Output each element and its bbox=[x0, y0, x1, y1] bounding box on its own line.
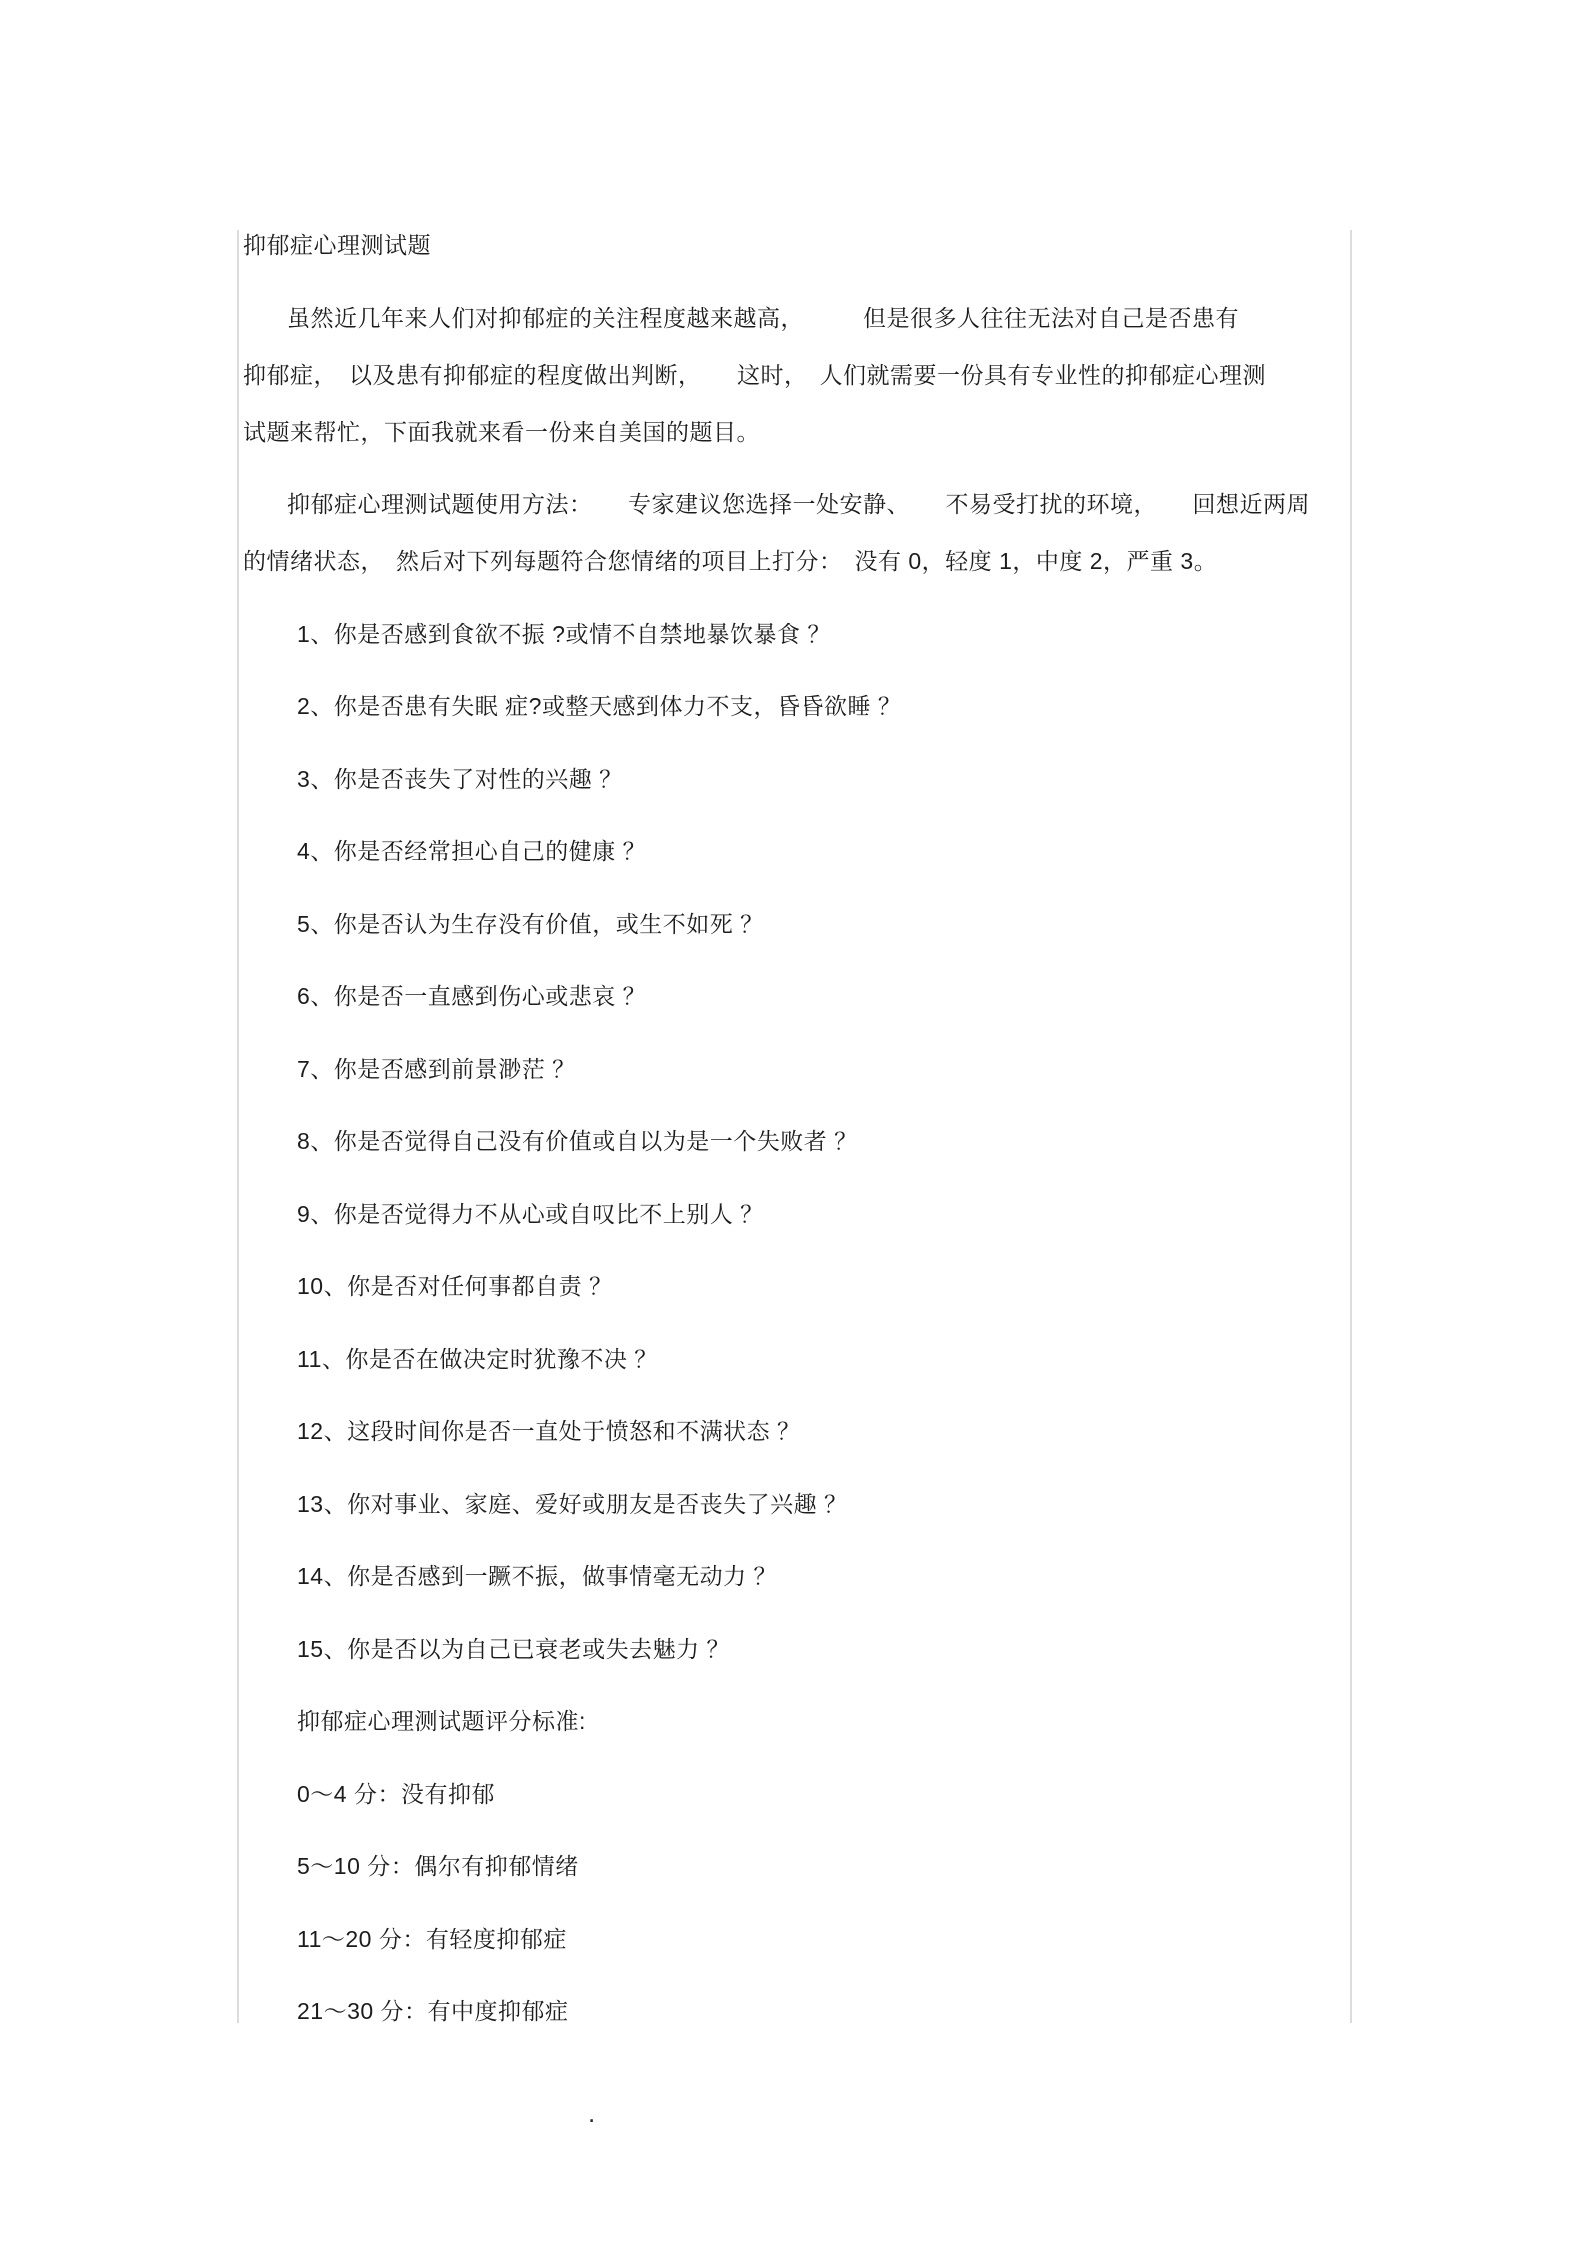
paragraph-line: 的情绪状态， 然后对下列每题符合您情绪的项目上打分： 没有 0，轻度 1，中度 … bbox=[243, 533, 1353, 590]
scoring-heading: 抑郁症心理测试题评分标准: bbox=[243, 1693, 1353, 1750]
question-text: 10、你是否对任何事都自责 ？ bbox=[243, 1258, 1353, 1315]
page-title: 抑郁症心理测试题 bbox=[243, 217, 1353, 274]
question-text: 7、你是否感到前景渺茫 ？ bbox=[243, 1041, 1353, 1098]
question-list: 1、你是否感到食欲不振 ?或情不自禁地暴饮暴食 ？ 2、你是否患有失眠 症?或整… bbox=[243, 606, 1353, 1678]
question-text: 5、你是否认为生存没有价值，或生不如死 ？ bbox=[243, 896, 1353, 953]
scoring-row: 5～10 分：偶尔有抑郁情绪 bbox=[243, 1838, 1353, 1895]
question-text: 11、你是否在做决定时犹豫不决 ？ bbox=[243, 1331, 1353, 1388]
question-text: 12、这段时间你是否一直处于愤怒和不满状态 ？ bbox=[243, 1403, 1353, 1460]
scoring-row: 0～4 分：没有抑郁 bbox=[243, 1766, 1353, 1823]
paragraph-line: 抑郁症心理测试题使用方法： 专家建议您选择一处安静、 不易受打扰的环境， 回想近… bbox=[243, 476, 1353, 533]
question-text: 2、你是否患有失眠 症?或整天感到体力不支，昏昏欲睡 ？ bbox=[243, 678, 1353, 735]
question-item: 6、你是否一直感到伤心或悲哀 ？ bbox=[243, 968, 1353, 1025]
question-text: 14、你是否感到一蹶不振，做事情毫无动力 ？ bbox=[243, 1548, 1353, 1605]
paragraph-line: 抑郁症， 以及患有抑郁症的程度做出判断， 这时， 人们就需要一份具有专业性的抑郁… bbox=[243, 347, 1353, 404]
scoring-row-text: 5～10 分：偶尔有抑郁情绪 bbox=[243, 1838, 1353, 1895]
question-item: 3、你是否丧失了对性的兴趣 ？ bbox=[243, 751, 1353, 808]
intro-paragraph: 虽然近几年来人们对抑郁症的关注程度越来越高， 但是很多人往往无法对自己是否患有 … bbox=[243, 290, 1353, 461]
question-item: 13、你对事业、家庭、爱好或朋友是否丧失了兴趣 ？ bbox=[243, 1476, 1353, 1533]
document-content: 抑郁症心理测试题 虽然近几年来人们对抑郁症的关注程度越来越高， 但是很多人往往无… bbox=[243, 217, 1353, 2056]
text-frame-left-border bbox=[237, 230, 239, 2023]
scoring-row-text: 0～4 分：没有抑郁 bbox=[243, 1766, 1353, 1823]
question-item: 14、你是否感到一蹶不振，做事情毫无动力 ？ bbox=[243, 1548, 1353, 1605]
question-item: 11、你是否在做决定时犹豫不决 ？ bbox=[243, 1331, 1353, 1388]
question-text: 9、你是否觉得力不从心或自叹比不上别人 ？ bbox=[243, 1186, 1353, 1243]
scoring-row: 21～30 分：有中度抑郁症 bbox=[243, 1983, 1353, 2040]
question-text: 6、你是否一直感到伤心或悲哀 ？ bbox=[243, 968, 1353, 1025]
scoring-row-text: 11～20 分：有轻度抑郁症 bbox=[243, 1911, 1353, 1968]
question-text: 4、你是否经常担心自己的健康 ？ bbox=[243, 823, 1353, 880]
question-text: 15、你是否以为自己已衰老或失去魅力 ？ bbox=[243, 1621, 1353, 1678]
question-text: 8、你是否觉得自己没有价值或自以为是一个失败者 ？ bbox=[243, 1113, 1353, 1170]
question-item: 2、你是否患有失眠 症?或整天感到体力不支，昏昏欲睡 ？ bbox=[243, 678, 1353, 735]
question-text: 13、你对事业、家庭、爱好或朋友是否丧失了兴趣 ？ bbox=[243, 1476, 1353, 1533]
paragraph-line: 虽然近几年来人们对抑郁症的关注程度越来越高， 但是很多人往往无法对自己是否患有 bbox=[243, 290, 1353, 347]
scoring-row-text: 21～30 分：有中度抑郁症 bbox=[243, 1983, 1353, 2040]
question-item: 9、你是否觉得力不从心或自叹比不上别人 ？ bbox=[243, 1186, 1353, 1243]
scoring-row: 11～20 分：有轻度抑郁症 bbox=[243, 1911, 1353, 1968]
question-text: 3、你是否丧失了对性的兴趣 ？ bbox=[243, 751, 1353, 808]
question-item: 5、你是否认为生存没有价值，或生不如死 ？ bbox=[243, 896, 1353, 953]
instructions-paragraph: 抑郁症心理测试题使用方法： 专家建议您选择一处安静、 不易受打扰的环境， 回想近… bbox=[243, 476, 1353, 590]
question-item: 8、你是否觉得自己没有价值或自以为是一个失败者 ？ bbox=[243, 1113, 1353, 1170]
question-item: 12、这段时间你是否一直处于愤怒和不满状态 ？ bbox=[243, 1403, 1353, 1460]
question-item: 10、你是否对任何事都自责 ？ bbox=[243, 1258, 1353, 1315]
question-text: 1、你是否感到食欲不振 ?或情不自禁地暴饮暴食 ？ bbox=[243, 606, 1353, 663]
scoring-section: 抑郁症心理测试题评分标准: 0～4 分：没有抑郁 5～10 分：偶尔有抑郁情绪 … bbox=[243, 1693, 1353, 2040]
question-item: 1、你是否感到食欲不振 ?或情不自禁地暴饮暴食 ？ bbox=[243, 606, 1353, 663]
paragraph-line: 试题来帮忙，下面我就来看一份来自美国的题目。 bbox=[243, 404, 1353, 461]
question-item: 15、你是否以为自己已衰老或失去魅力 ？ bbox=[243, 1621, 1353, 1678]
question-item: 7、你是否感到前景渺茫 ？ bbox=[243, 1041, 1353, 1098]
question-item: 4、你是否经常担心自己的健康 ？ bbox=[243, 823, 1353, 880]
stray-period-mark: . bbox=[588, 2098, 595, 2128]
